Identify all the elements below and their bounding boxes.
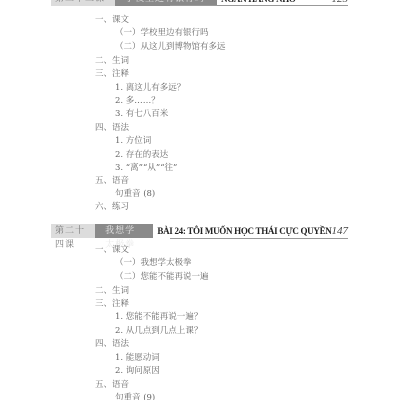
toc-subitem: 1. 您能不能再说一遍？ (115, 310, 202, 322)
toc-item: 三、注释 (95, 67, 129, 79)
toc-subitem: 1. 方位词 (115, 134, 151, 146)
toc-subitem: （一）我想学太极拳 (115, 256, 192, 268)
lesson-title-vietnamese: NGÂN HÀNG NHỎ (217, 0, 331, 4)
toc-item: 六、练习 (95, 200, 129, 212)
toc-subitem: 1. 离这儿有多远？ (115, 81, 185, 93)
lesson-number: 第二十四课 (51, 224, 95, 238)
toc-item: 三、注释 (95, 297, 129, 309)
lesson-number: 第二十三课 (51, 0, 115, 6)
lesson-title: 我想学太极拳 (95, 224, 153, 238)
toc-subitem: （二）您能不能再说一遍 (115, 270, 209, 282)
toc-subitem: 2. 多……？ (115, 94, 160, 106)
toc-subitem: 2. 询问原因 (115, 364, 160, 376)
toc-subitem: 句重音 (8) (115, 187, 155, 199)
lesson-header: 第二十四课 我想学太极拳 BÀI 24: TÔI MUỐN HỌC THÁI C… (51, 224, 348, 238)
header-rule (170, 5, 348, 6)
toc-item: 四、语法 (95, 121, 129, 133)
toc-subitem: （二）从这儿到博物馆有多远 (115, 40, 226, 52)
toc-subitem: 1. 能愿动词 (115, 351, 160, 363)
toc-item: 五、语音 (95, 378, 129, 390)
lesson-title-vietnamese: BÀI 24: TÔI MUỐN HỌC THÁI CỰC QUYỀN (153, 226, 331, 236)
toc-item: 四、语法 (95, 337, 129, 349)
toc-item: 五、语音 (95, 174, 129, 186)
toc-subitem: 2. 从几点到几点上课？ (115, 324, 202, 336)
toc-subitem: 3. “离”“从”“往” (115, 161, 177, 173)
toc-subitem: （一）学校里边有银行吗 (115, 26, 209, 38)
toc-item: 一、课文 (95, 13, 129, 25)
toc-item: 二、生词 (95, 284, 129, 296)
header-rule (170, 238, 348, 239)
page-number: 147 (332, 225, 349, 237)
toc-subitem: 3. 有七八百米 (115, 107, 168, 119)
toc-subitem: 句重音 (9) (115, 391, 155, 400)
toc-item: 二、生词 (95, 54, 129, 66)
toc-subitem: 2. 存在的表达 (115, 148, 168, 160)
toc-item: 一、课文 (95, 243, 129, 255)
